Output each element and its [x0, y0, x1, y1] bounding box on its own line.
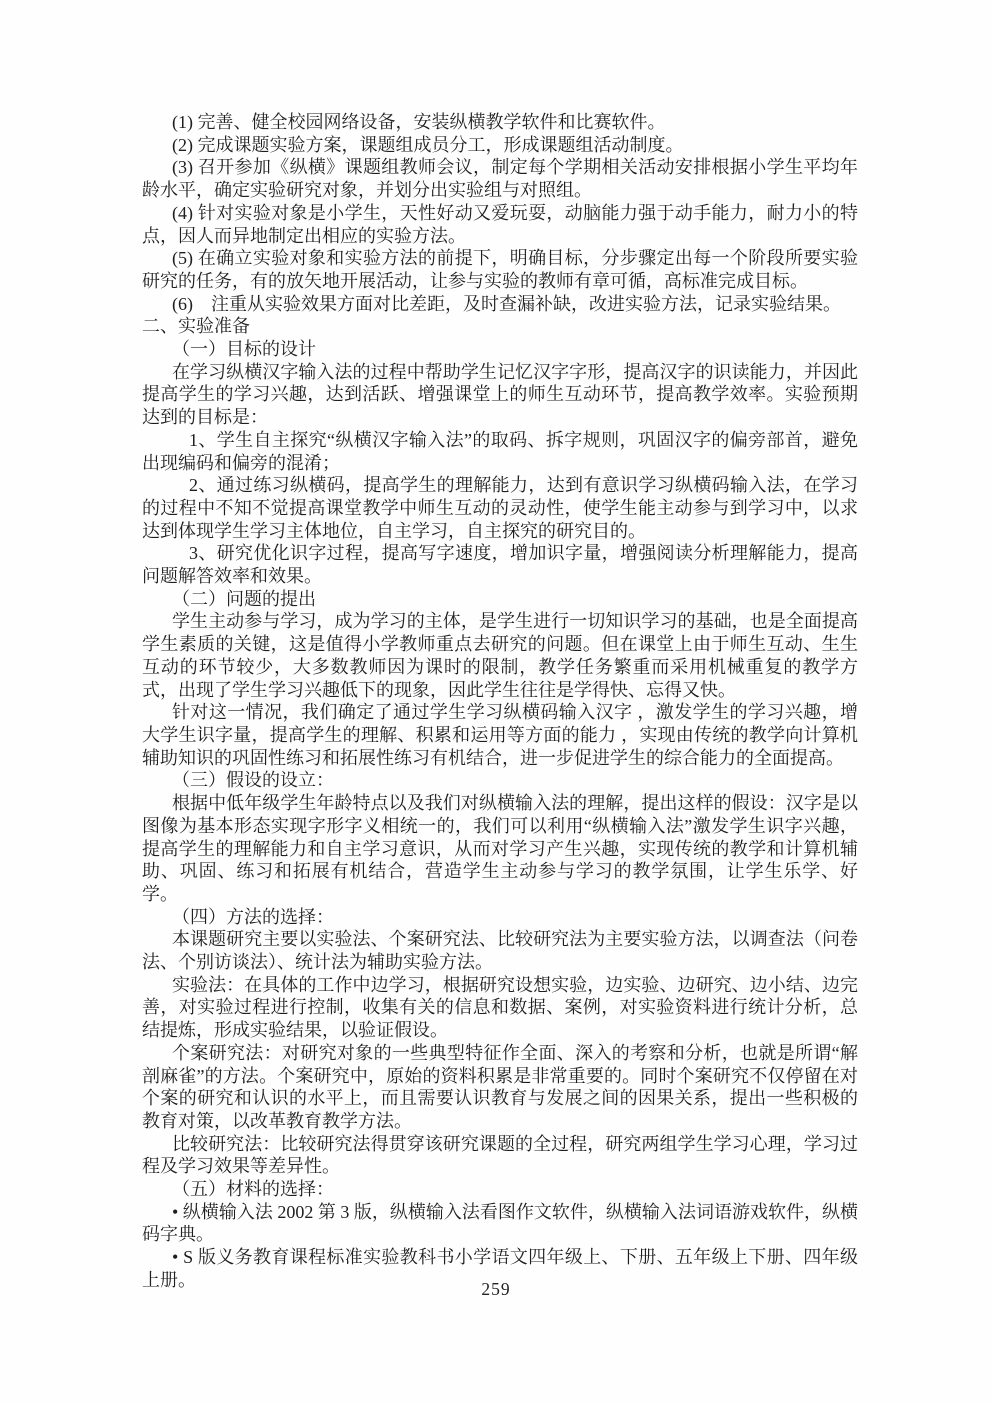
numbered-item: (4) 针对实验对象是小学生，天性好动又爱玩耍，动脑能力强于动手能力，耐力小的特… — [142, 202, 858, 247]
list-item: 3、研究优化识字过程，提高写字速度，增加识字量，增强阅读分析理解能力，提高问题解… — [142, 542, 858, 587]
sub-heading: （三）假设的设立： — [142, 769, 858, 792]
page-number: 259 — [0, 1279, 992, 1300]
paragraph: 在学习纵横汉字输入法的过程中帮助学生记忆汉字字形，提高汉字的识读能力，并因此提高… — [142, 361, 858, 429]
numbered-item: (6) 注重从实验效果方面对比差距，及时查漏补缺，改进实验方法，记录实验结果。 — [142, 293, 858, 316]
paragraph: 根据中低年级学生年龄特点以及我们对纵横输入法的理解，提出这样的假设：汉字是以图像… — [142, 792, 858, 906]
sub-heading: （一）目标的设计 — [142, 338, 858, 361]
paragraph: 个案研究法：对研究对象的一些典型特征作全面、深入的考察和分析，也就是所谓“解剖麻… — [142, 1042, 858, 1133]
section-heading: 二、实验准备 — [142, 315, 858, 338]
sub-heading: （五）材料的选择： — [142, 1178, 858, 1201]
numbered-item: (1) 完善、健全校园网络设备，安装纵横教学软件和比赛软件。 — [142, 111, 858, 134]
paragraph: 学生主动参与学习，成为学习的主体，是学生进行一切知识学习的基础，也是全面提高学生… — [142, 610, 858, 701]
list-item: 1、学生自主探究“纵横汉字输入法”的取码、拆字规则，巩固汉字的偏旁部首，避免出现… — [142, 429, 858, 474]
numbered-item: (3) 召开参加《纵横》课题组教师会议，制定每个学期相关活动安排根据小学生平均年… — [142, 156, 858, 201]
paragraph: 针对这一情况，我们确定了通过学生学习纵横码输入汉字 ，激发学生的学习兴趣，增大学… — [142, 701, 858, 769]
document-body: (1) 完善、健全校园网络设备，安装纵横教学软件和比赛软件。(2) 完成课题实验… — [142, 111, 858, 1292]
sub-heading: （四）方法的选择： — [142, 906, 858, 929]
paragraph: 比较研究法：比较研究法得贯穿该研究课题的全过程，研究两组学生学习心理，学习过程及… — [142, 1133, 858, 1178]
paragraph: 本课题研究主要以实验法、个案研究法、比较研究法为主要实验方法，以调查法（问卷法、… — [142, 928, 858, 973]
list-item: 2、通过练习纵横码，提高学生的理解能力，达到有意识学习纵横码输入法，在学习的过程… — [142, 474, 858, 542]
numbered-item: (5) 在确立实验对象和实验方法的前提下，明确目标，分步骤定出每一个阶段所要实验… — [142, 247, 858, 292]
document-page: (1) 完善、健全校园网络设备，安装纵横教学软件和比赛软件。(2) 完成课题实验… — [0, 0, 992, 1403]
numbered-item: (2) 完成课题实验方案，课题组成员分工，形成课题组活动制度。 — [142, 134, 858, 157]
paragraph: 实验法：在具体的工作中边学习，根据研究设想实验，边实验、边研究、边小结、边完善，… — [142, 974, 858, 1042]
sub-heading: （二）问题的提出 — [142, 588, 858, 611]
bullet-item: • 纵横输入法 2002 第 3 版，纵横输入法看图作文软件，纵横输入法词语游戏… — [142, 1201, 858, 1246]
